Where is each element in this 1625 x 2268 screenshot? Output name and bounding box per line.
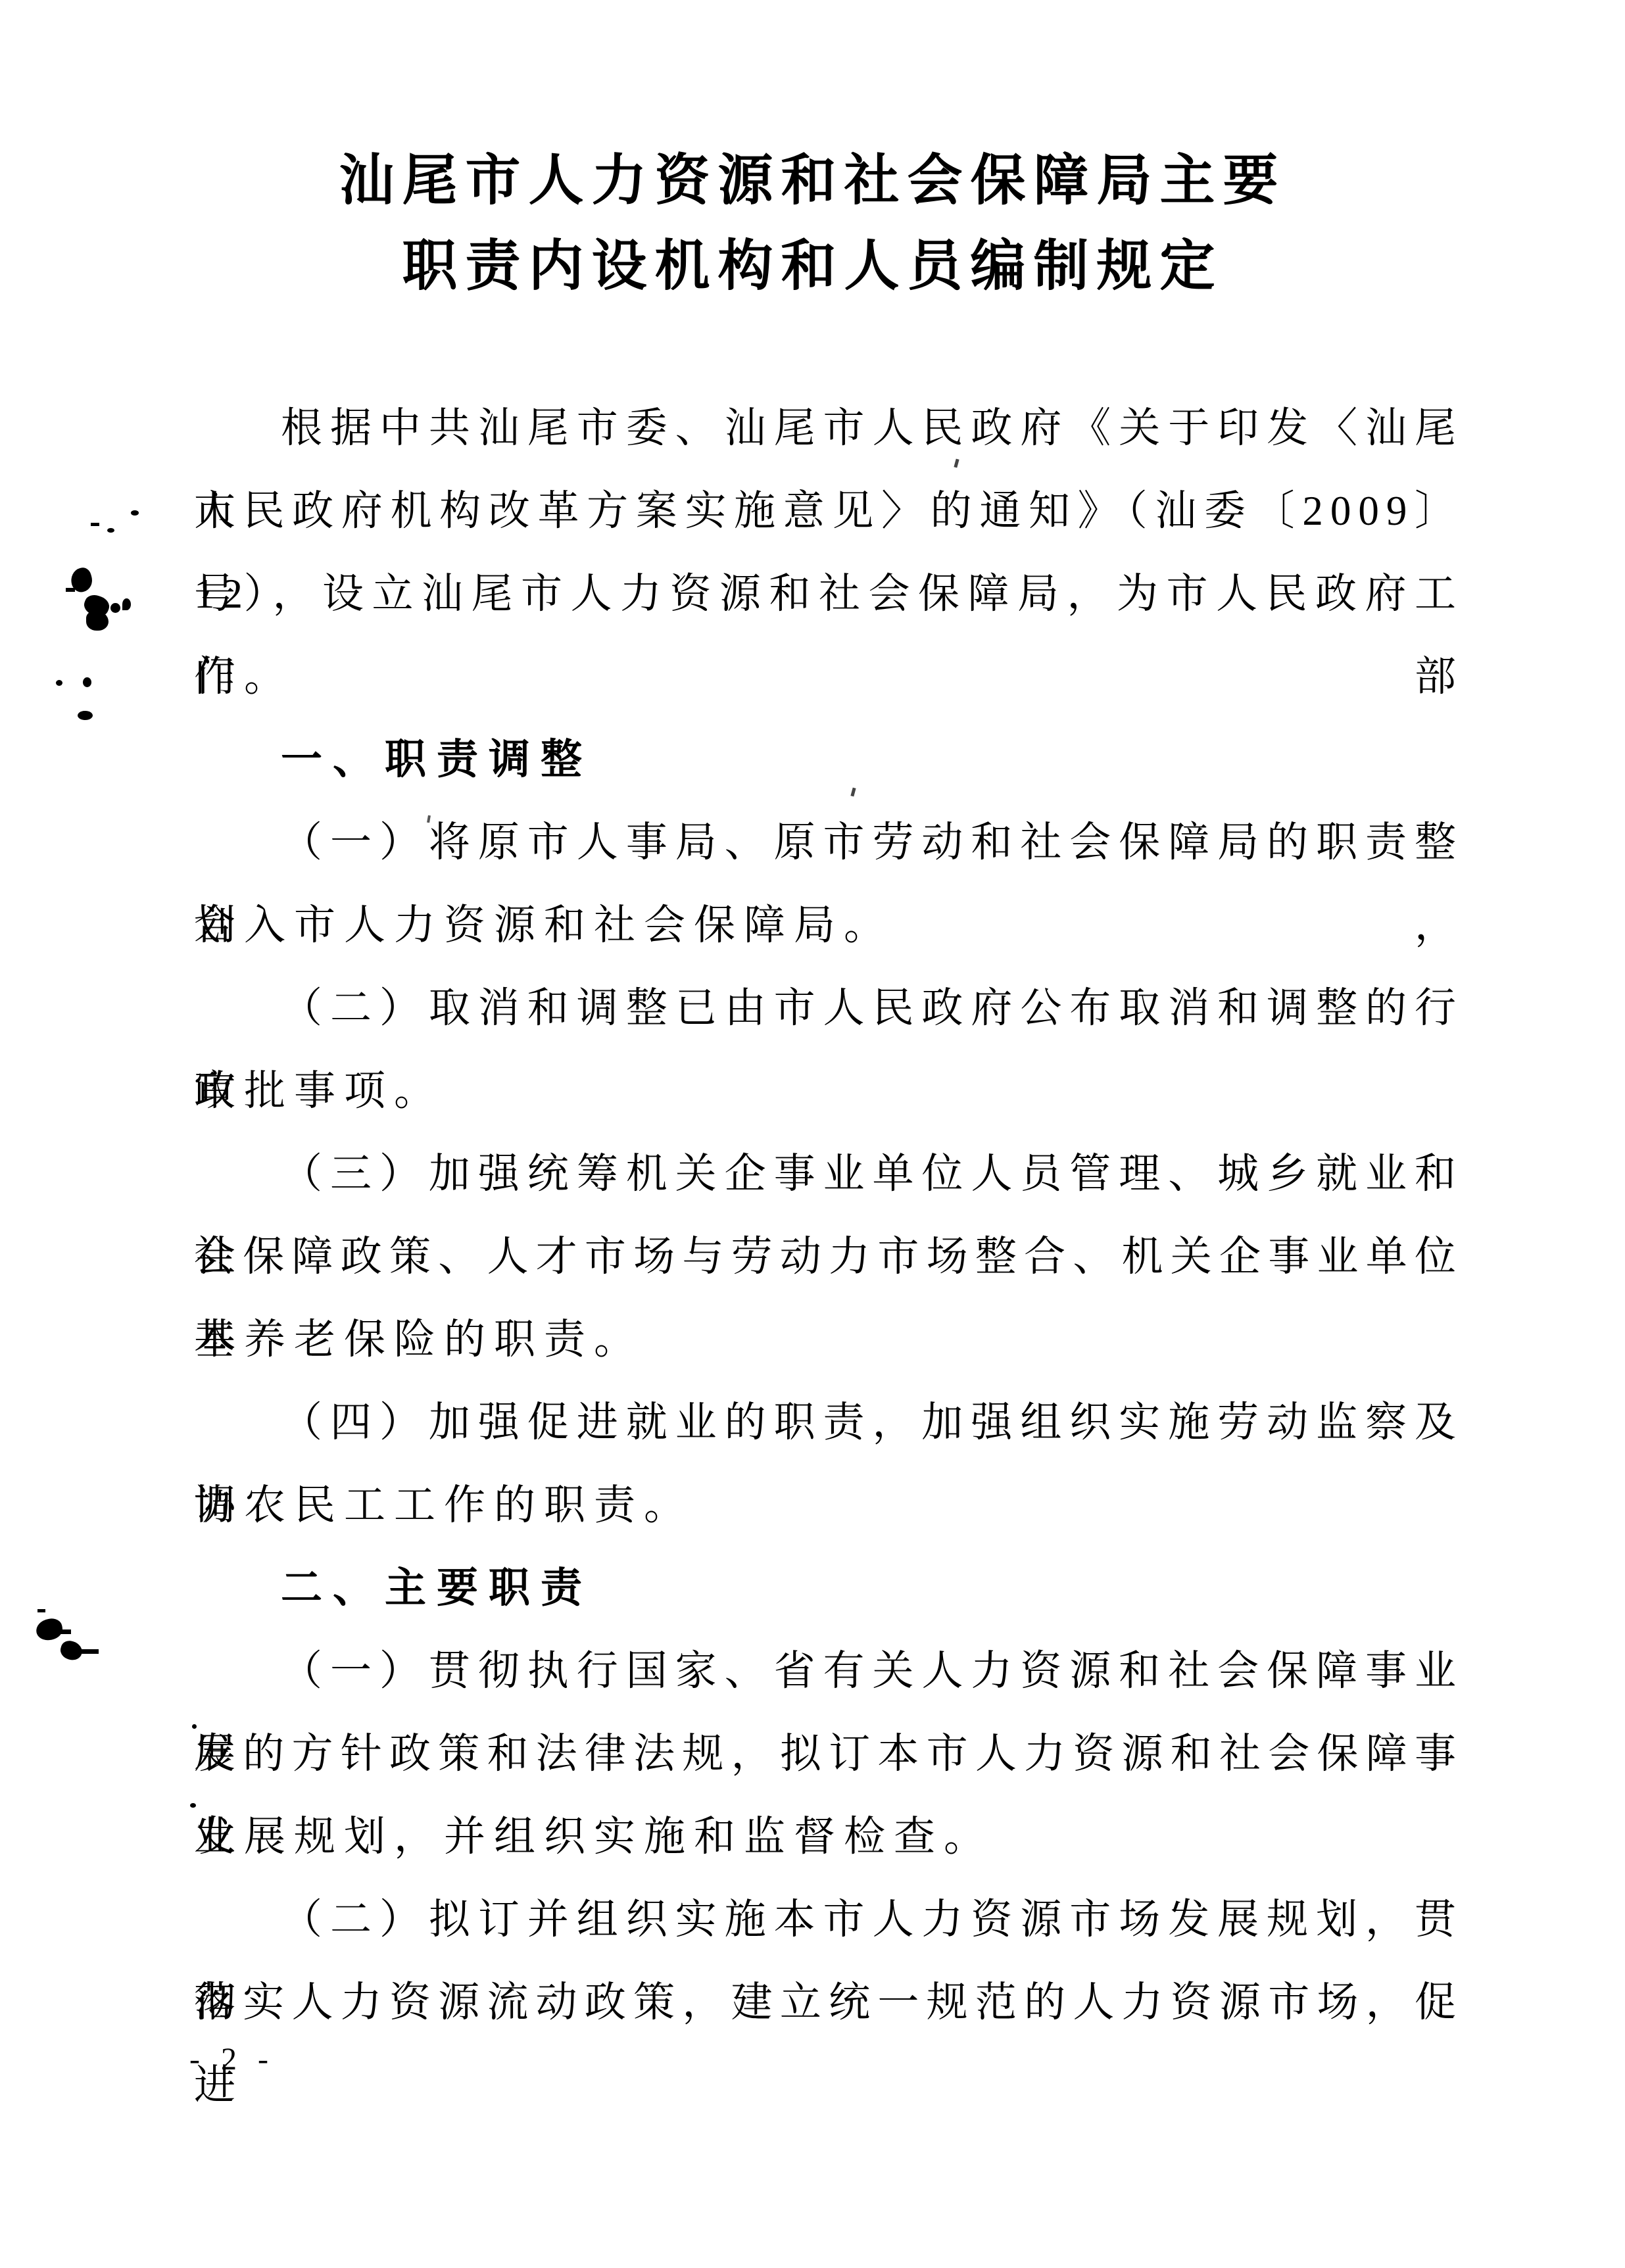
- ink-smudge: [59, 1639, 84, 1662]
- ink-smudge: [83, 677, 91, 687]
- text-line: 展的方针政策和法律法规，拟订本市人力资源和社会保障事业: [194, 1712, 1463, 1795]
- text-line: 调农民工工作的职责。: [194, 1464, 1463, 1547]
- ink-smudge: [56, 680, 62, 686]
- text-line: 本养老保险的职责。: [194, 1298, 1463, 1381]
- text-line: （二）拟订并组织实施本市人力资源市场发展规划，贯彻: [194, 1878, 1463, 1961]
- ink-smudge: [86, 611, 109, 631]
- ink-smudge: [122, 598, 131, 610]
- title-line-2: 职责内设机构和人员编制规定: [0, 224, 1625, 310]
- text-line: 号），设立汕尾市人力资源和社会保障局，为市人民政府工作部: [194, 552, 1463, 635]
- document-title: 汕尾市人力资源和社会保障局主要 职责内设机构和人员编制规定: [0, 139, 1625, 310]
- ink-smudge: [59, 1629, 71, 1634]
- document-body: 根据中共汕尾市委、汕尾市人民政府《关于印发〈汕尾市 人民政府机构改革方案实施意见…: [194, 387, 1463, 2044]
- text-line: （四）加强促进就业的职责，加强组织实施劳动监察及协: [194, 1381, 1463, 1464]
- ink-smudge: [91, 523, 99, 526]
- section-heading: 一、职责调整: [194, 718, 1463, 801]
- ink-smudge: [107, 528, 114, 533]
- ink-speck: [190, 1803, 196, 1808]
- text-line: 根据中共汕尾市委、汕尾市人民政府《关于印发〈汕尾市: [194, 387, 1463, 470]
- ink-smudge: [82, 1649, 99, 1654]
- text-line: 发展规划，并组织实施和监督检查。: [194, 1795, 1463, 1878]
- page-number: - 2 -: [189, 2036, 275, 2083]
- section-heading: 二、主要职责: [194, 1547, 1463, 1629]
- text-line: 会保障政策、人才市场与劳动力市场整合、机关企事业单位基: [194, 1215, 1463, 1298]
- text-line: 审批事项。: [194, 1050, 1463, 1132]
- ink-smudge: [131, 510, 139, 516]
- text-line: （一）贯彻执行国家、省有关人力资源和社会保障事业发: [194, 1629, 1463, 1712]
- ink-speck: [192, 1724, 197, 1729]
- ink-smudge: [110, 603, 120, 613]
- title-line-1: 汕尾市人力资源和社会保障局主要: [0, 139, 1625, 224]
- scanned-document-page: 汕尾市人力资源和社会保障局主要 职责内设机构和人员编制规定 根据中共汕尾市委、汕…: [0, 0, 1625, 2268]
- ink-smudge: [78, 711, 93, 720]
- text-line: （一）将原市人事局、原市劳动和社会保障局的职责整合，: [194, 801, 1463, 884]
- ink-smudge: [37, 1609, 45, 1612]
- text-line: （三）加强统筹机关企事业单位人员管理、城乡就业和社: [194, 1132, 1463, 1215]
- text-line: 人民政府机构改革方案实施意见〉的通知》（汕委〔2009〕12: [194, 470, 1463, 552]
- ink-smudge: [66, 588, 75, 592]
- text-line: （二）取消和调整已由市人民政府公布取消和调整的行政: [194, 967, 1463, 1050]
- text-line: 落实人力资源流动政策，建立统一规范的人力资源市场，促进: [194, 1961, 1463, 2044]
